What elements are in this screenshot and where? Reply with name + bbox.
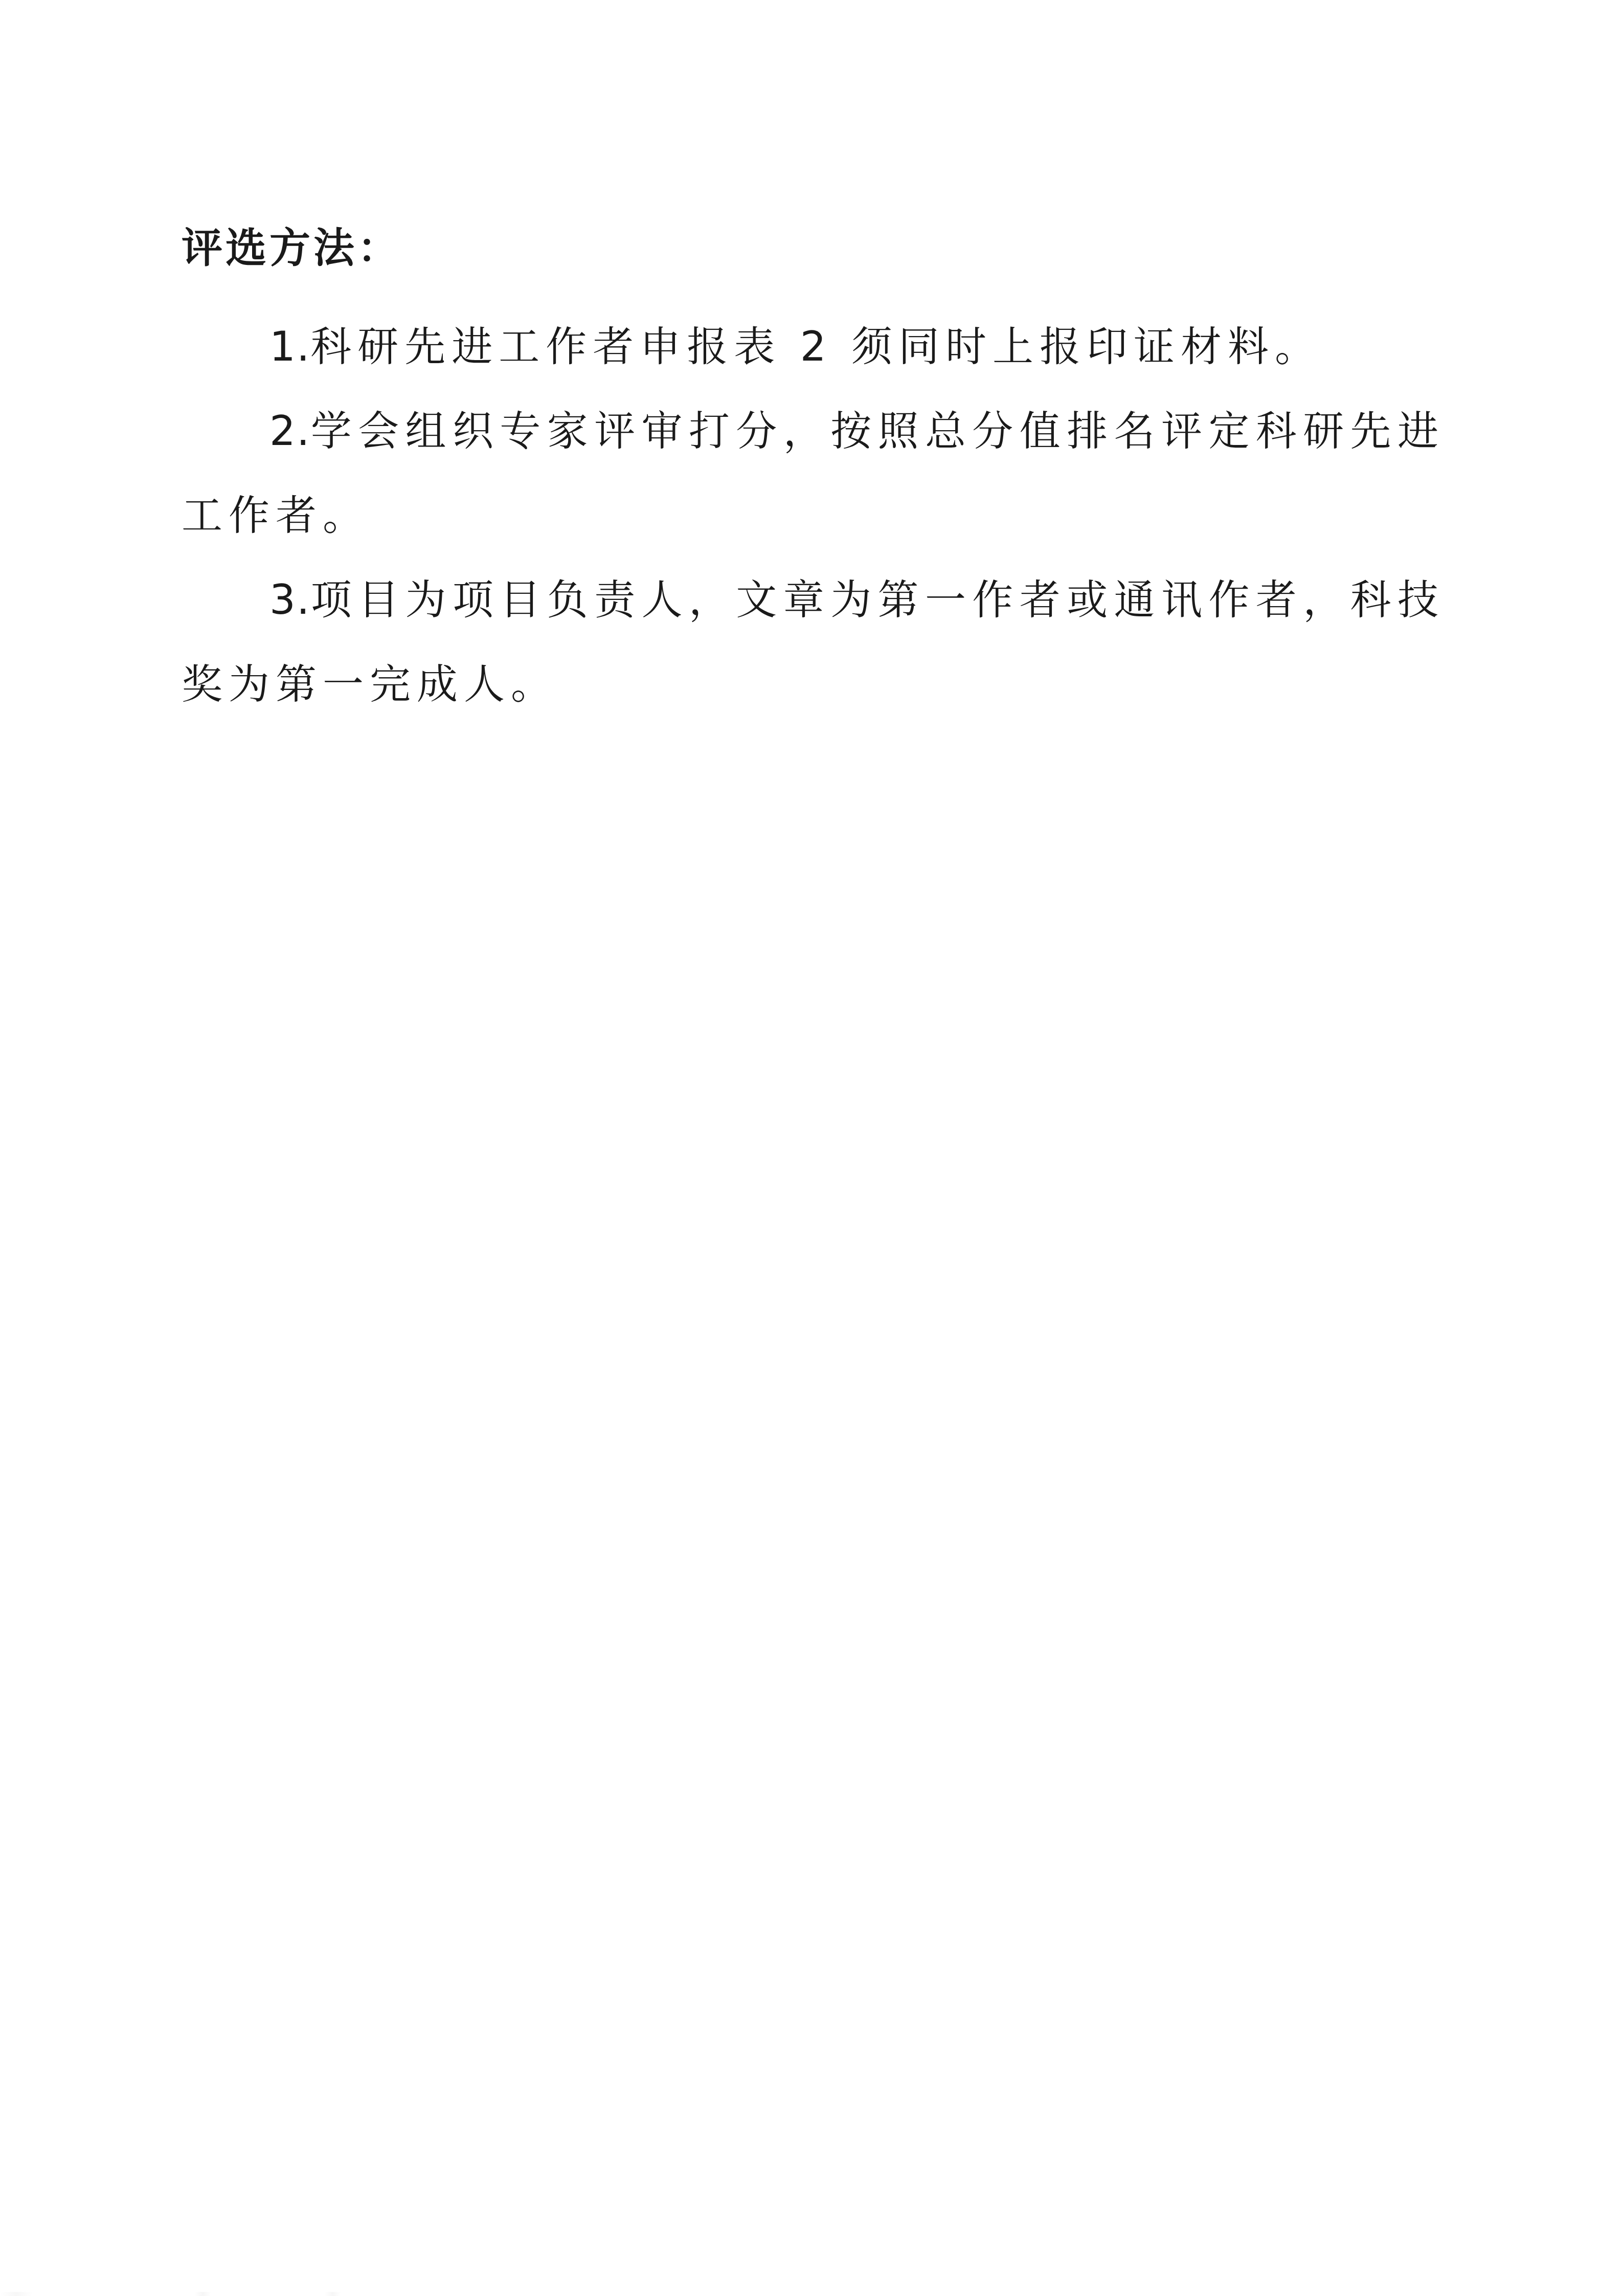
list-item-number: 1. xyxy=(269,323,310,370)
scan-edge-artifact xyxy=(0,2292,1623,2296)
document-page: 评选方法： 1.科研先进工作者申报表 2 须同时上报印证材料。 2.学会组织专家… xyxy=(0,0,1623,2296)
document-body: 评选方法： 1.科研先进工作者申报表 2 须同时上报印证材料。 2.学会组织专家… xyxy=(182,217,1445,726)
list-item-3: 3.项目为项目负责人，文章为第一作者或通讯作者，科技奖为第一完成人。 xyxy=(182,558,1445,726)
list-item-text: 学会组织专家评审打分，按照总分值排名评定科研先进工作者。 xyxy=(182,407,1445,539)
list-item-text: 项目为项目负责人，文章为第一作者或通讯作者，科技奖为第一完成人。 xyxy=(182,576,1445,708)
section-heading: 评选方法： xyxy=(182,217,1445,279)
list-item-2: 2.学会组织专家评审打分，按照总分值排名评定科研先进工作者。 xyxy=(182,389,1445,558)
list-item-number: 3. xyxy=(269,576,310,623)
list-item-number: 2. xyxy=(269,407,310,455)
list-item-1: 1.科研先进工作者申报表 2 须同时上报印证材料。 xyxy=(182,304,1445,389)
list-item-text: 科研先进工作者申报表 2 须同时上报印证材料。 xyxy=(310,323,1322,370)
